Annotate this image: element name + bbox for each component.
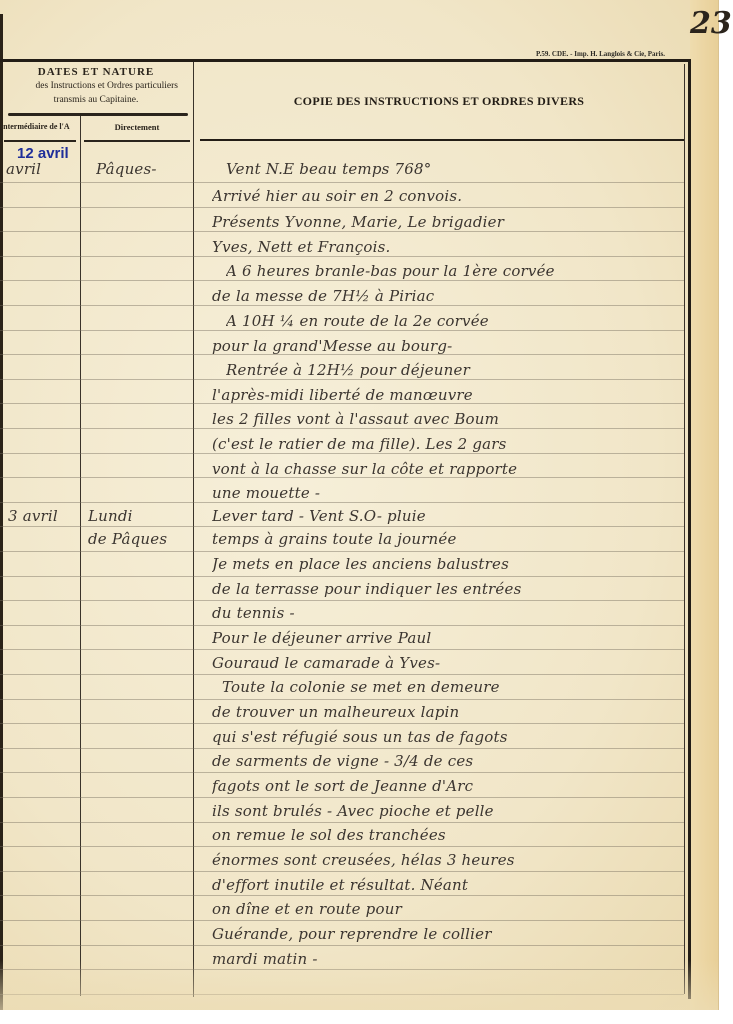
ruled-line <box>0 945 684 946</box>
ruled-line <box>0 772 684 773</box>
entry-note: Lundi <box>88 507 190 525</box>
entry-date: avril <box>6 160 78 178</box>
entry-line: du tennis - <box>212 604 682 622</box>
entry-line: Arrivé hier au soir en 2 convois. <box>212 187 682 205</box>
entry-line: Gouraud le camarade à Yves- <box>212 654 682 672</box>
entry-line: énormes sont creusées, hélas 3 heures <box>212 851 682 869</box>
ledger-page: 23 P.59. CDE. - Imp. H. Langlois & Cie, … <box>0 0 719 1010</box>
entry-line: Rentrée à 12H½ pour déjeuner <box>226 361 696 379</box>
entry-line: une mouette - <box>212 484 682 502</box>
ruled-line <box>0 797 684 798</box>
entry-line: A 10H ¼ en route de la 2e corvée <box>226 312 696 330</box>
entry-line: on dîne et en route pour <box>212 900 682 918</box>
ruled-line <box>0 674 684 675</box>
entry-line: Je mets en place les anciens balustres <box>212 555 682 573</box>
ruled-line <box>0 920 684 921</box>
page-number: 23 <box>690 6 732 41</box>
ruled-line <box>0 895 684 896</box>
entry-line: Pour le déjeuner arrive Paul <box>212 629 682 647</box>
entry-line: Yves, Nett et François. <box>212 238 682 256</box>
ruled-line <box>0 182 684 183</box>
ruled-line <box>0 625 684 626</box>
entry-line: Guérande, pour reprendre le collier <box>212 925 682 943</box>
left-header-subtitle-2: transmis au Capitaine. <box>0 95 192 105</box>
ruled-line <box>0 280 684 281</box>
ruled-line <box>0 699 684 700</box>
main-header-rule <box>200 139 684 141</box>
ruled-line <box>0 526 684 527</box>
ruled-line <box>0 871 684 872</box>
column-header-direct: Directement <box>81 122 193 132</box>
ruled-line <box>0 822 684 823</box>
entry-line: de la terrasse pour indiquer les entrées <box>212 580 682 598</box>
entry-line: vont à la chasse sur la côte et rapporte <box>212 460 682 478</box>
ruled-line <box>0 649 684 650</box>
entry-line: l'après-midi liberté de manœuvre <box>212 386 682 404</box>
main-column-title: COPIE DES INSTRUCTIONS ET ORDRES DIVERS <box>194 94 684 109</box>
ruled-line <box>0 428 684 429</box>
entry-line: Présents Yvonne, Marie, Le brigadier <box>212 213 682 231</box>
ruled-line <box>0 723 684 724</box>
frame-inner-rule <box>684 64 685 994</box>
ruled-line <box>0 231 684 232</box>
entry-line: les 2 filles vont à l'assaut avec Boum <box>212 410 682 428</box>
entry-line: ils sont brulés - Avec pioche et pelle <box>212 802 682 820</box>
ruled-line <box>0 846 684 847</box>
ruled-line <box>0 600 684 601</box>
ruled-line <box>0 305 684 306</box>
ruled-line <box>0 207 684 208</box>
entry-line: de sarments de vigne - 3/4 de ces <box>212 752 682 770</box>
entry-date: 3 avril <box>8 507 80 525</box>
printer-imprint: P.59. CDE. - Imp. H. Langlois & Cie, Par… <box>536 50 665 58</box>
left-header-subtitle-1: des Instructions et Ordres particuliers <box>0 81 178 91</box>
entry-line: A 6 heures branle-bas pour la 1ère corvé… <box>226 262 696 280</box>
entry-line: pour la grand'Messe au bourg- <box>212 337 682 355</box>
entry-line: Lever tard - Vent S.O- pluie <box>212 507 682 525</box>
header-brace-rule <box>8 113 188 116</box>
paper-stain <box>0 960 718 1010</box>
ruled-line <box>0 748 684 749</box>
ruled-line <box>0 576 684 577</box>
entry-line: fagots ont le sort de Jeanne d'Arc <box>212 777 682 795</box>
left-header-title: DATES ET NATURE <box>0 66 192 78</box>
ruled-line <box>0 551 684 552</box>
entry-line: (c'est le ratier de ma fille). Les 2 gar… <box>212 435 682 453</box>
entry-line: d'effort inutile et résultat. Néant <box>212 876 682 894</box>
page-margin <box>690 0 718 1010</box>
entry-line: qui s'est réfugié sous un tas de fagots <box>212 728 682 746</box>
entry-line: Toute la colonie se met en demeure <box>222 678 692 696</box>
entry-note: Pâques- <box>96 160 198 178</box>
entry-line: de trouver un malheureux lapin <box>212 703 682 721</box>
entry-line: on remue le sol des tranchées <box>212 826 682 844</box>
entry-line: Vent N.E beau temps 768° <box>226 160 696 178</box>
entry-line: temps à grains toute la journée <box>212 530 682 548</box>
column-header-agency: Intermédiaire de l'Agence <box>0 122 70 131</box>
entry-line: de la messe de 7H½ à Piriac <box>212 287 682 305</box>
entry-note: de Pâques <box>88 530 190 548</box>
